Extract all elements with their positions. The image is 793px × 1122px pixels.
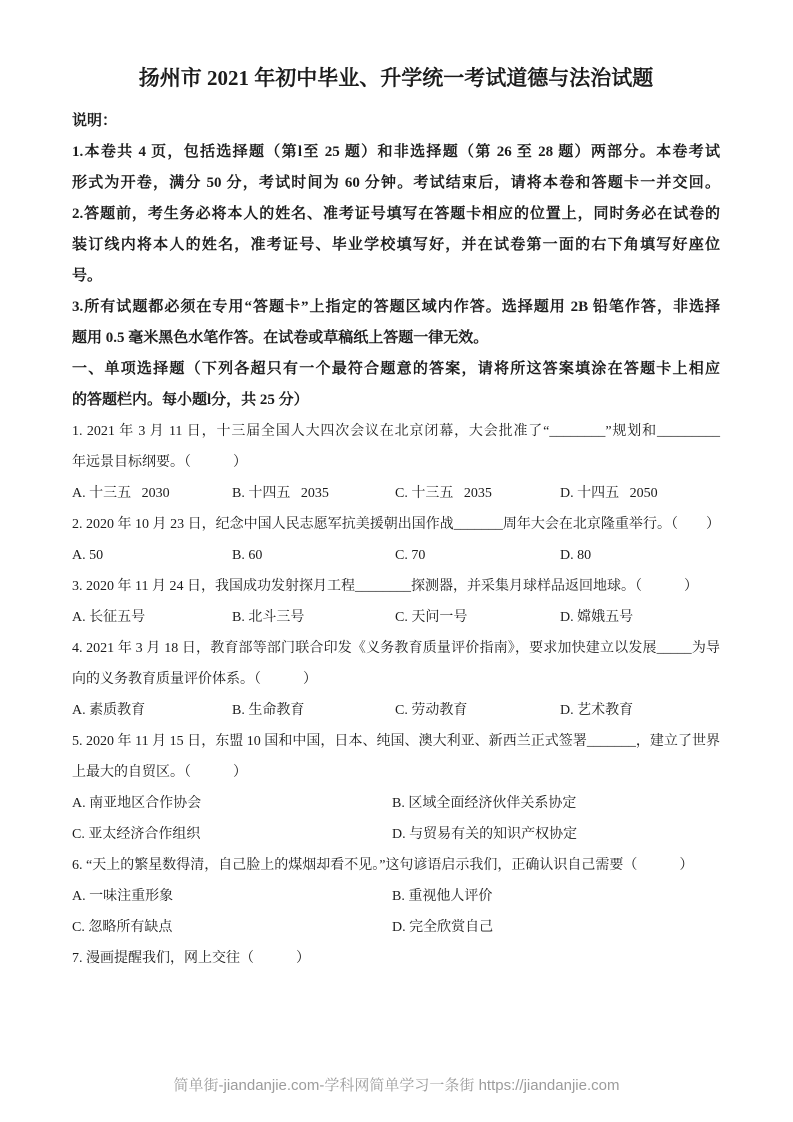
option-c: C. 天问一号 [395,602,560,633]
option-a: A. 南亚地区合作协会 [72,788,392,819]
question-6-text-line-1: 6. “天上的繁星数得清，自己脸上的煤烟却看不见。”这句谚语启示我们，正确认识自… [72,850,720,881]
question-2-options: A. 50 B. 60 C. 70 D. 80 [72,540,720,571]
note-2-line-2: 装订线内将本人的姓名，准考证号、毕业学校填写好，并在试卷第一面的右下角填写好座位 [72,230,720,261]
question-1-options: A. 十三五 2030 B. 十四五 2035 C. 十三五 2035 D. 十… [72,478,720,509]
question-4-text-line-2: 向的义务教育质量评价体系。（ ） [72,664,720,695]
option-c: C. 亚太经济合作组织 [72,819,392,850]
question-5: 5. 2020 年 11 月 15 日，东盟 10 国和中国，日本、纯国、澳大利… [72,726,720,850]
option-a: A. 一味注重形象 [72,881,392,912]
note-3-line-1: 3.所有试题都必须在专用“答题卡”上指定的答题区域内作答。选择题用 2B 铅笔作… [72,292,720,323]
option-d: D. 嫦娥五号 [560,602,720,633]
note-1-line-2: 形式为开卷，满分 50 分，考试时间为 60 分钟。考试结束后，请将本卷和答题卡… [72,168,720,199]
option-b: B. 60 [232,540,395,571]
option-b: B. 十四五 2035 [232,478,395,509]
option-b: B. 生命教育 [232,695,395,726]
option-c: C. 劳动教育 [395,695,560,726]
option-c: C. 70 [395,540,560,571]
question-5-options: A. 南亚地区合作协会 B. 区域全面经济伙伴关系协定 C. 亚太经济合作组织 … [72,788,720,850]
option-a: A. 50 [72,540,232,571]
option-d: D. 完全欣赏自己 [392,912,720,943]
option-a: A. 十三五 2030 [72,478,232,509]
question-1-text-line-2: 年远景目标纲要。（ ） [72,447,720,478]
exam-paper-page: 扬州市 2021 年初中毕业、升学统一考试道德与法治试题 说明： 1.本卷共 4… [0,0,793,1122]
note-3-line-2: 题用 0.5 毫米黑色水笔作答。在试卷或草稿纸上答题一律无效。 [72,323,720,354]
section-heading-line-2: 的答题栏内。每小题l分，共 25 分） [72,385,720,416]
option-c: C. 忽略所有缺点 [72,912,392,943]
question-1-text-line-1: 1. 2021 年 3 月 11 日，十三届全国人大四次会议在北京闭幕，大会批准… [72,416,720,447]
option-d: D. 十四五 2050 [560,478,720,509]
option-d: D. 与贸易有关的知识产权协定 [392,819,720,850]
question-6-options: A. 一味注重形象 B. 重视他人评价 C. 忽略所有缺点 D. 完全欣赏自己 [72,881,720,943]
question-3-options: A. 长征五号 B. 北斗三号 C. 天问一号 D. 嫦娥五号 [72,602,720,633]
note-1-line-1: 1.本卷共 4 页，包括选择题（第l至 25 题）和非选择题（第 26 至 28… [72,137,720,168]
question-4-options: A. 素质教育 B. 生命教育 C. 劳动教育 D. 艺术教育 [72,695,720,726]
note-2-line-1: 2.答题前，考生务必将本人的姓名、准考证号填写在答题卡相应的位置上，同时务必在试… [72,199,720,230]
notes-label: 说明： [72,106,720,137]
question-4-text-line-1: 4. 2021 年 3 月 18 日，教育部等部门联合印发《义务教育质量评价指南… [72,633,720,664]
question-3-text-line-1: 3. 2020 年 11 月 24 日，我国成功发射探月工程________探测… [72,571,720,602]
question-1: 1. 2021 年 3 月 11 日，十三届全国人大四次会议在北京闭幕，大会批准… [72,416,720,509]
option-d: D. 艺术教育 [560,695,720,726]
option-b: B. 区域全面经济伙伴关系协定 [392,788,720,819]
exam-instructions: 说明： 1.本卷共 4 页，包括选择题（第l至 25 题）和非选择题（第 26 … [72,106,720,416]
page-title: 扬州市 2021 年初中毕业、升学统一考试道德与法治试题 [72,62,720,94]
question-7-text-line-1: 7. 漫画提醒我们，网上交往（ ） [72,943,720,974]
question-5-text-line-2: 上最大的自贸区。（ ） [72,757,720,788]
option-b: B. 重视他人评价 [392,881,720,912]
question-7: 7. 漫画提醒我们，网上交往（ ） [72,943,720,974]
question-5-text-line-1: 5. 2020 年 11 月 15 日，东盟 10 国和中国，日本、纯国、澳大利… [72,726,720,757]
question-3: 3. 2020 年 11 月 24 日，我国成功发射探月工程________探测… [72,571,720,633]
option-b: B. 北斗三号 [232,602,395,633]
option-c: C. 十三五 2035 [395,478,560,509]
option-d: D. 80 [560,540,720,571]
option-a: A. 长征五号 [72,602,232,633]
question-2: 2. 2020 年 10 月 23 日，纪念中国人民志愿军抗美援朝出国作战___… [72,509,720,571]
option-a: A. 素质教育 [72,695,232,726]
question-4: 4. 2021 年 3 月 18 日，教育部等部门联合印发《义务教育质量评价指南… [72,633,720,726]
question-2-text-line-1: 2. 2020 年 10 月 23 日，纪念中国人民志愿军抗美援朝出国作战___… [72,509,720,540]
watermark-footer: 简单街-jiandanjie.com-学科网简单学习一条街 https://ji… [0,1074,793,1095]
question-6: 6. “天上的繁星数得清，自己脸上的煤烟却看不见。”这句谚语启示我们，正确认识自… [72,850,720,943]
note-2-line-3: 号。 [72,261,720,292]
section-heading-line-1: 一、单项选择题（下列各超只有一个最符合题意的答案，请将所这答案填涂在答题卡上相应 [72,354,720,385]
